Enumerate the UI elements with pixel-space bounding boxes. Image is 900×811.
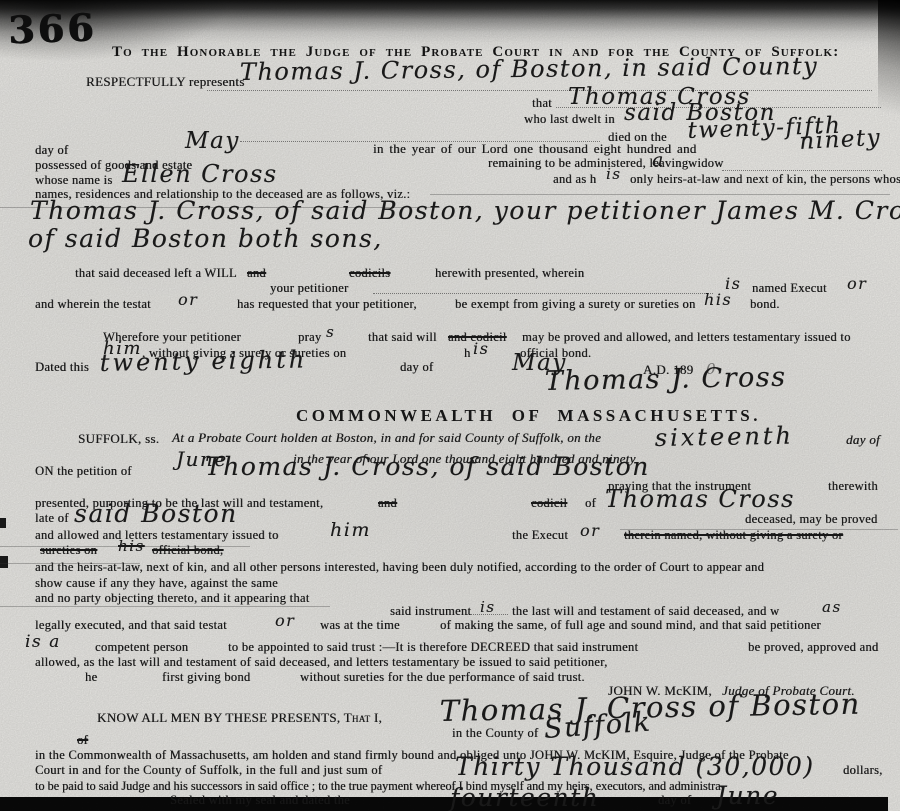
county-handwritten: Suffolk <box>543 707 653 745</box>
struck-codicils: codicils <box>349 266 390 281</box>
dated-dayof-label: day of <box>400 360 433 375</box>
dated-day-handwritten: twenty eighth <box>100 345 308 377</box>
death-year-handwritten: ninety <box>799 125 882 155</box>
sealed-dayof-label: day of <box>658 793 691 808</box>
year-of-lord-label: in the year of our Lord one thousand eig… <box>373 141 697 157</box>
late-place-handwritten: said Boston <box>74 499 238 528</box>
instrument-is-handwritten: is <box>480 598 496 616</box>
late-of-label: late of <box>35 511 69 526</box>
struck-and: and <box>247 266 266 281</box>
decree-him-handwritten: him <box>330 519 371 541</box>
heirs-list-line1-handwritten: Thomas J. Cross, of said Boston, your pe… <box>30 196 900 225</box>
court-sum-label: Court in and for the County of Suffolk, … <box>35 763 382 778</box>
of-label: of <box>585 496 596 511</box>
struck-and-2: and <box>378 496 397 511</box>
his-handwritten: is <box>606 165 622 183</box>
show-cause-label: show cause if any they have, against the… <box>35 576 278 591</box>
page-number: 366 <box>7 4 97 52</box>
allowed-last-will-label: allowed, as the last will and testament … <box>35 655 608 670</box>
scanned-probate-document: 366 To the Honorable the Judge of the Pr… <box>0 0 900 811</box>
the-executor-label: the Execut <box>512 528 568 543</box>
leaving-article-handwritten: a <box>652 149 665 171</box>
his-bond-handwritten: his <box>704 290 732 309</box>
dollars-label: dollars, <box>843 763 883 778</box>
scan-line <box>0 606 330 607</box>
know-all-men-label: KNOW ALL MEN BY THESE PRESENTS, That I, <box>97 710 382 726</box>
petition-signature-handwritten: Thomas J. Cross <box>544 362 786 397</box>
he-label: he <box>85 670 97 685</box>
dotted-leader <box>207 88 872 91</box>
letters-issued-label: and allowed and letters testamentary iss… <box>35 528 279 543</box>
struck-official-bond: official bond, <box>152 543 223 558</box>
bond-sum-handwritten: Thirty Thousand (30,000) <box>455 752 815 781</box>
exempt-surety-label: be exempt from giving a surety or sureti… <box>455 297 696 312</box>
competent-person-label: competent person <box>95 640 188 655</box>
decree-dayof-label: day of <box>846 432 880 448</box>
was-handwritten: as <box>822 598 842 616</box>
last-dwelt-label: who last dwelt in <box>524 112 615 127</box>
last-will-testament-label: the last will and testament of said dece… <box>512 604 779 619</box>
no-party-objecting-label: and no party objecting thereto, and it a… <box>35 591 310 606</box>
struck-of: of <box>77 733 88 748</box>
h-label: h <box>464 346 471 361</box>
widow-label: widow <box>688 156 724 171</box>
that-said-will-label: that said will <box>368 330 437 345</box>
is-official-handwritten: is <box>473 339 489 358</box>
decree-day-handwritten: sixteenth <box>655 422 795 452</box>
sealed-dated-label: Sealed with my seal and dated the <box>170 793 350 808</box>
therewith-label: therewith <box>828 479 878 494</box>
heirs-suffix-label: only heirs-at-law and next of kin, the p… <box>630 172 900 187</box>
day-of-label: day of <box>35 143 68 158</box>
scan-edge-mark <box>0 556 8 568</box>
decree-deceased-handwritten: Thomas Cross <box>605 485 795 513</box>
scan-edge-mark <box>0 518 6 528</box>
dated-this-label: Dated this <box>35 360 89 375</box>
said-instrument-label: said instrument <box>390 604 471 619</box>
widow-name-handwritten: Ellen Cross <box>122 160 278 188</box>
first-giving-bond-label: first giving bond <box>162 670 250 685</box>
appointed-decreed-label: to be appointed to said trust :—It is th… <box>228 640 638 655</box>
legally-executed-label: legally executed, and that said testat <box>35 618 227 633</box>
at-the-time-label: was at the time <box>320 618 400 633</box>
or-handwritten: or <box>847 274 867 293</box>
heirs-list-line2-handwritten: of said Boston both sons, <box>28 224 383 253</box>
proved-allowed-label: may be proved and allowed, and letters t… <box>522 330 851 345</box>
left-a-will-label: that said deceased left a WILL <box>75 266 237 281</box>
testator-or-handwritten: or <box>178 290 198 309</box>
wherein-testat-label: and wherein the testat <box>35 297 151 312</box>
struck-codicil-2: codicil <box>531 496 567 511</box>
dotted-leader <box>722 168 882 171</box>
executor-or-handwritten: or <box>580 521 600 540</box>
is-a-handwritten: is a <box>25 632 61 652</box>
on-petition-label: ON the petition of <box>35 464 132 479</box>
sealed-month-handwritten: June <box>716 781 779 810</box>
scan-line <box>430 194 890 195</box>
probate-court-holden-label: At a Probate Court holden at Boston, in … <box>172 430 601 446</box>
named-executor-label: named Execut <box>752 281 827 296</box>
proved-approved-label: be proved, approved and <box>748 640 878 655</box>
deceased-proved-label: deceased, may be proved <box>745 512 878 527</box>
sealed-day-handwritten: fourteenth <box>450 783 599 811</box>
struck-his-handwritten: his <box>118 537 145 555</box>
requested-label: has requested that your petitioner, <box>237 297 417 312</box>
testator-or2-handwritten: or <box>275 611 295 630</box>
whose-name-label: whose name is <box>35 173 113 188</box>
in-county-of-label: in the County of <box>452 726 538 741</box>
your-petitioner-label: your petitioner <box>270 281 348 296</box>
respectfully-represents-label: RESPECTFULLY represents <box>86 74 245 90</box>
scan-top-right-shadow <box>878 0 900 150</box>
heirs-prefix-label: and as h <box>553 172 596 187</box>
bond-label: bond. <box>750 297 780 312</box>
suffolk-ss-label: SUFFOLK, ss. <box>78 431 159 447</box>
making-same-label: of making the same, of full age and soun… <box>440 618 821 633</box>
death-month-handwritten: May <box>185 128 240 154</box>
petitioner-name-handwritten: Thomas J. Cross, of Boston, in said Coun… <box>240 52 819 86</box>
dotted-leader <box>373 291 713 294</box>
decree-petitioner-handwritten: Thomas J. Cross, of said Boston <box>205 452 650 481</box>
struck-therein-named: therein named, without giving a surety o… <box>624 528 843 543</box>
herewith-presented-label: herewith presented, wherein <box>435 266 584 281</box>
pray-label: pray <box>298 330 321 345</box>
paid-to-judge-label: to be paid to said Judge and his success… <box>35 779 725 794</box>
pray-s-handwritten: s <box>326 323 335 341</box>
struck-sureties-on: sureties on <box>40 543 97 558</box>
heirs-notified-label: and the heirs-at-law, next of kin, and a… <box>35 560 764 575</box>
without-sureties-label: without sureties for the due performance… <box>300 670 585 685</box>
that-label: that <box>532 96 552 111</box>
